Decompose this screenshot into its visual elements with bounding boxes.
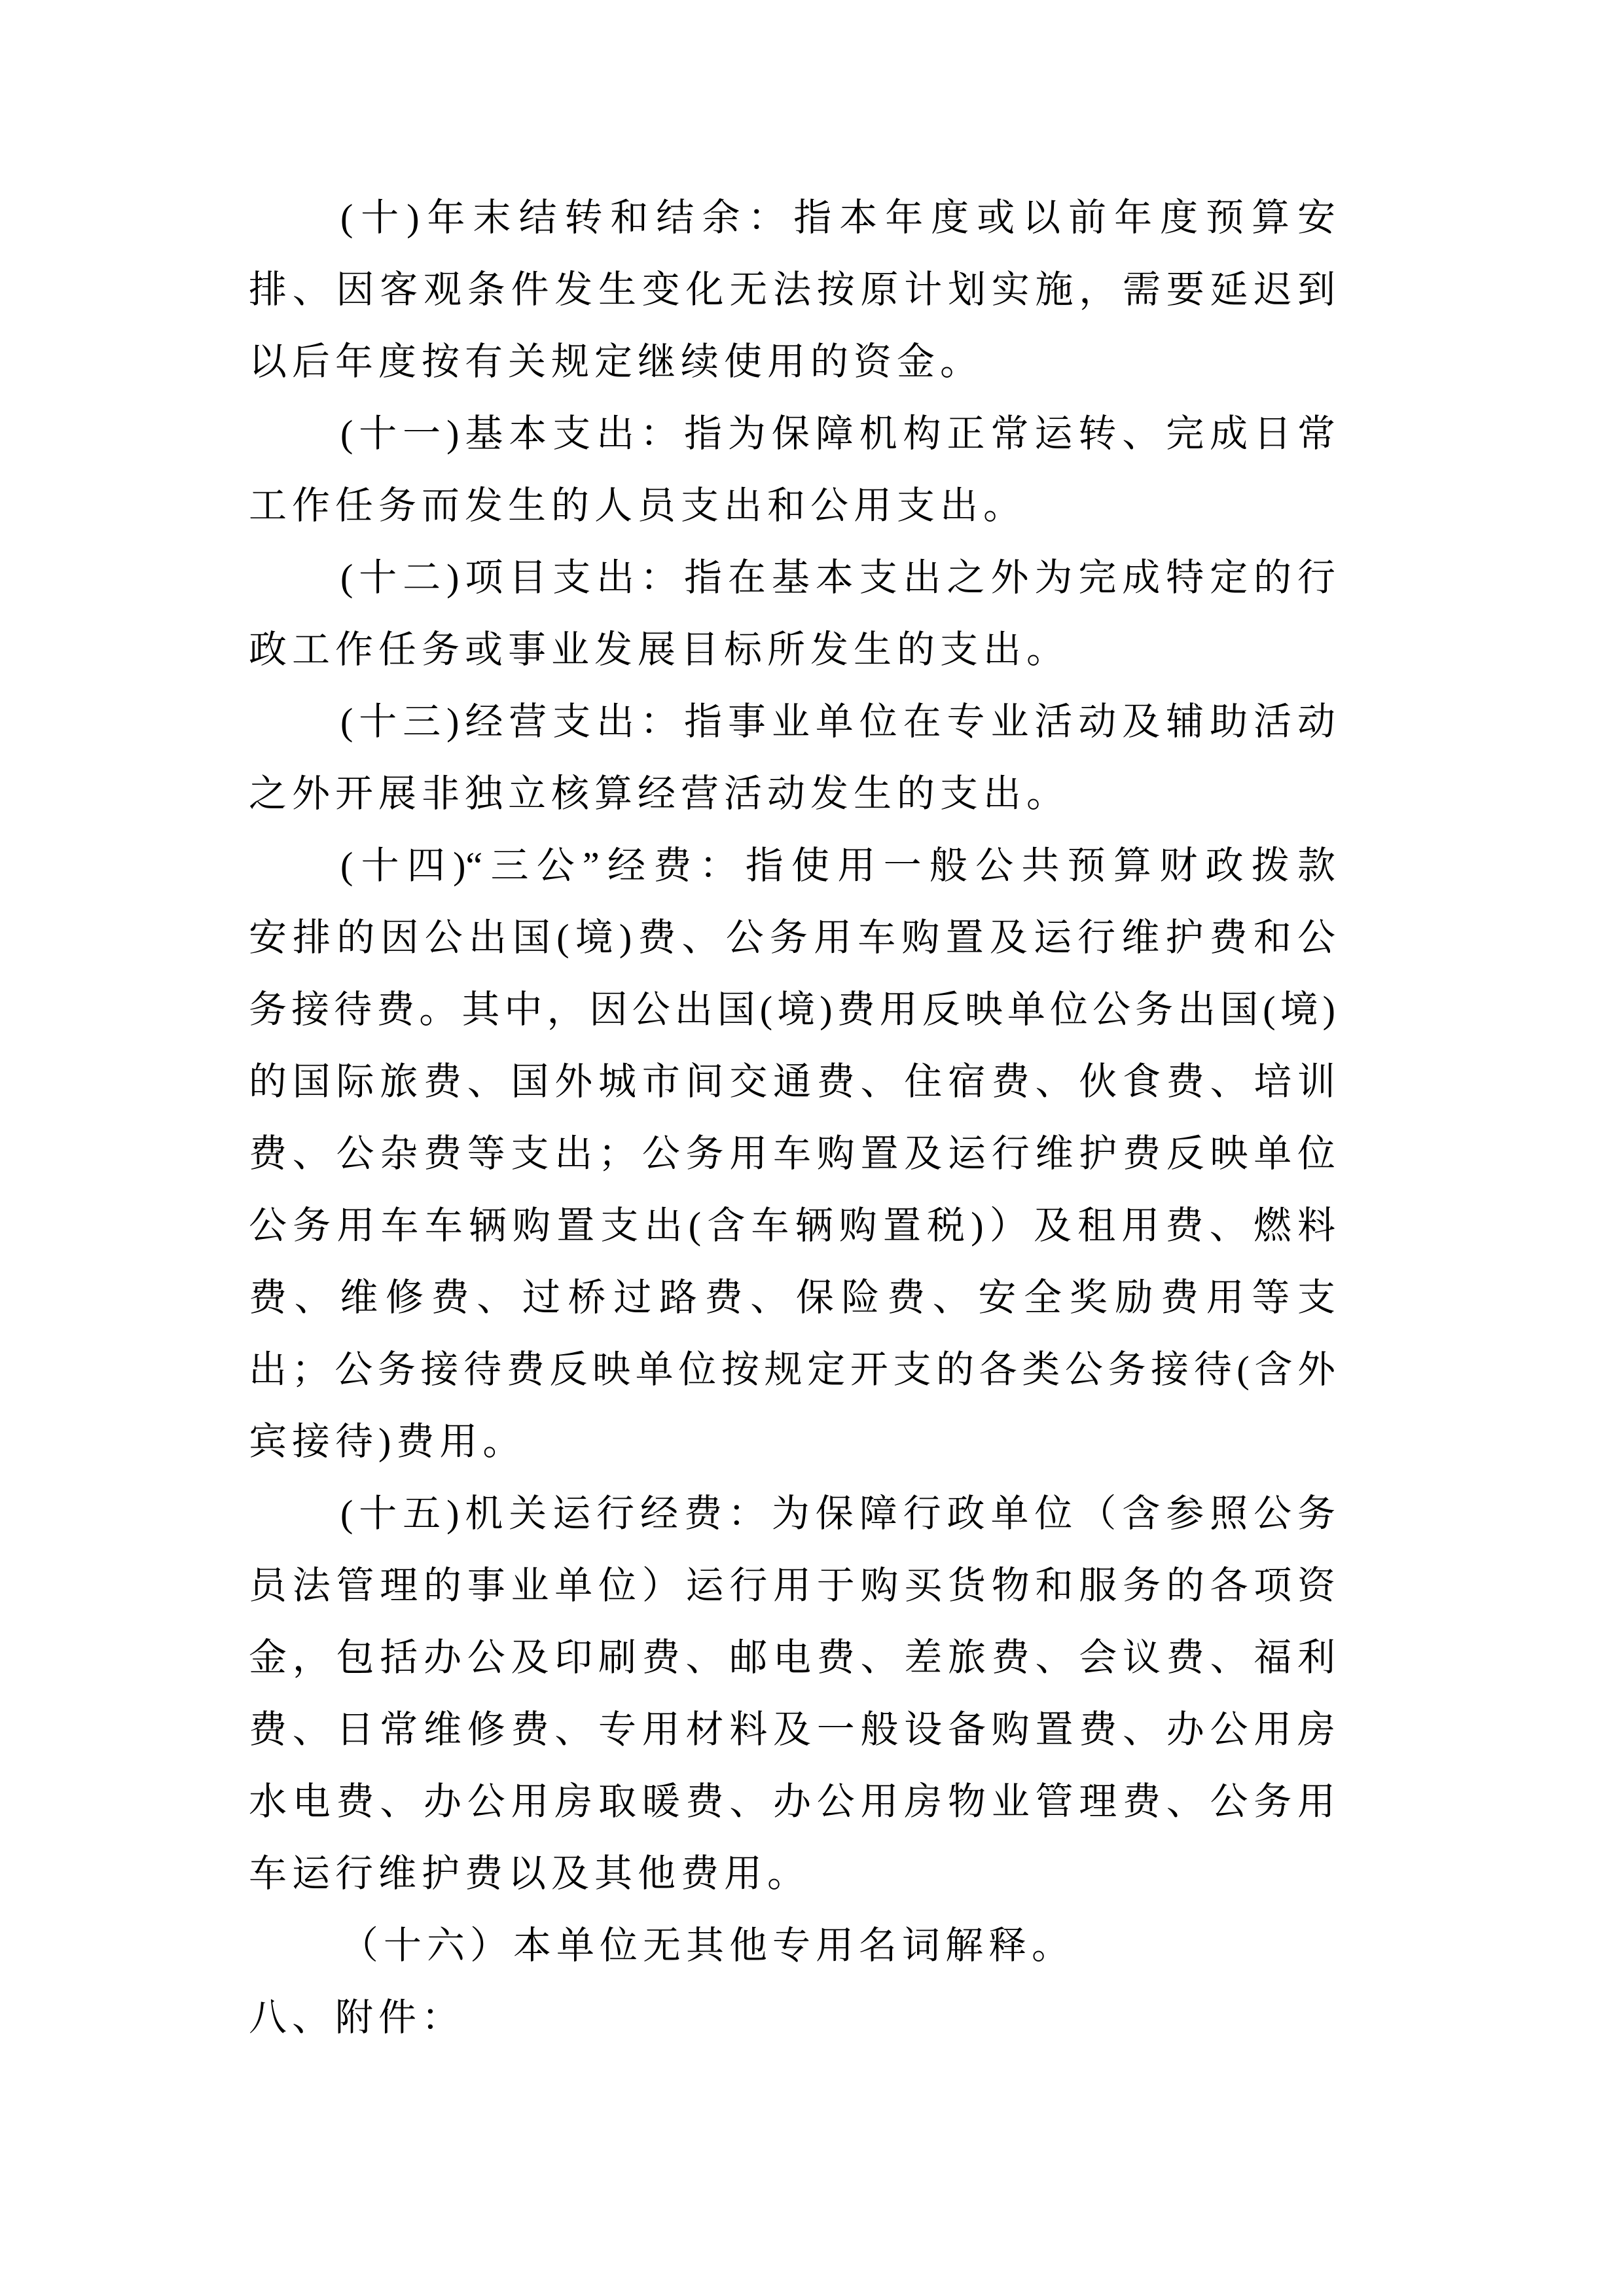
text-line: 车运行维护费以及其他费用。 — [249, 1838, 1335, 1910]
text-line: (十四)“三公”经费：指使用一般公共预算财政拨款 — [249, 830, 1335, 902]
heading-attachments: 八、附件： — [249, 1982, 1335, 2054]
text-line: 以后年度按有关规定继续使用的资金。 — [249, 326, 1335, 398]
text-line: 金，包括办公及印刷费、邮电费、差旅费、会议费、福利 — [249, 1622, 1335, 1694]
text-line: 之外开展非独立核算经营活动发生的支出。 — [249, 758, 1335, 830]
text-line: 工作任务而发生的人员支出和公用支出。 — [249, 470, 1335, 542]
text-line: 员法管理的事业单位）运行用于购买货物和服务的各项资 — [249, 1550, 1335, 1622]
text-line: (十一)基本支出：指为保障机构正常运转、完成日常 — [249, 398, 1335, 470]
text-line: 费、维修费、过桥过路费、保险费、安全奖励费用等支 — [249, 1262, 1335, 1334]
text-line: （十六）本单位无其他专用名词解释。 — [249, 1910, 1335, 1982]
text-line: (十五)机关运行经费：为保障行政单位（含参照公务 — [249, 1478, 1335, 1550]
text-line: 水电费、办公用房取暖费、办公用房物业管理费、公务用 — [249, 1766, 1335, 1838]
text-line: 宾接待)费用。 — [249, 1406, 1335, 1478]
text-line: 安排的因公出国(境)费、公务用车购置及运行维护费和公 — [249, 902, 1335, 974]
text-line: 的国际旅费、国外城市间交通费、住宿费、伙食费、培训 — [249, 1046, 1335, 1118]
text-line: 政工作任务或事业发展目标所发生的支出。 — [249, 614, 1335, 686]
text-line: 排、因客观条件发生变化无法按原计划实施，需要延迟到 — [249, 254, 1335, 326]
text-line: 出；公务接待费反映单位按规定开支的各类公务接待(含外 — [249, 1334, 1335, 1406]
text-line: (十三)经营支出：指事业单位在专业活动及辅助活动 — [249, 686, 1335, 758]
document-page: (十)年末结转和结余：指本年度或以前年度预算安 排、因客观条件发生变化无法按原计… — [0, 0, 1624, 2296]
text-line: (十二)项目支出：指在基本支出之外为完成特定的行 — [249, 542, 1335, 614]
page-body-text: (十)年末结转和结余：指本年度或以前年度预算安 排、因客观条件发生变化无法按原计… — [249, 182, 1335, 2054]
text-line: 务接待费。其中，因公出国(境)费用反映单位公务出国(境) — [249, 974, 1335, 1046]
text-line: (十)年末结转和结余：指本年度或以前年度预算安 — [249, 182, 1335, 254]
text-line: 费、日常维修费、专用材料及一般设备购置费、办公用房 — [249, 1694, 1335, 1766]
text-line: 费、公杂费等支出；公务用车购置及运行维护费反映单位 — [249, 1118, 1335, 1190]
text-line: 公务用车车辆购置支出(含车辆购置税)）及租用费、燃料 — [249, 1190, 1335, 1262]
